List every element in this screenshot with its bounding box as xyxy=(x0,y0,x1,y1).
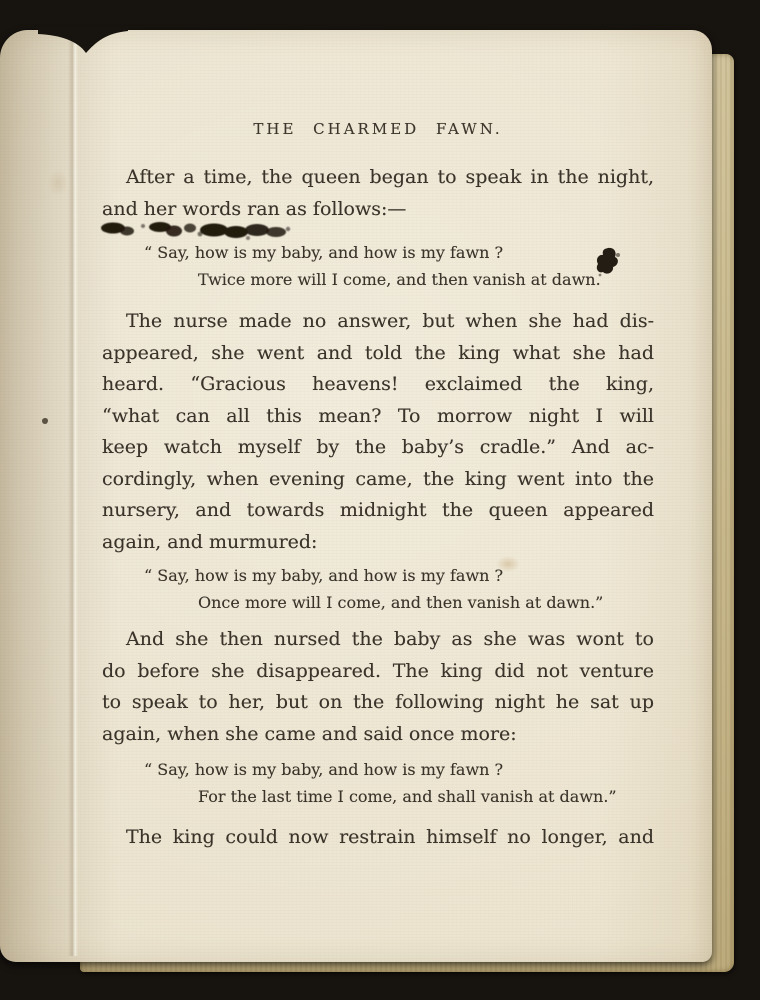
page-crease xyxy=(68,34,78,956)
text-line: The nurse made no answer, but when she h… xyxy=(102,306,654,338)
book-page: THE CHARMED FAWN. After a time, the quee… xyxy=(0,30,712,962)
verse-line: “ Say, how is my baby, and how is my faw… xyxy=(102,239,654,266)
verse-line: “ Say, how is my baby, and how is my faw… xyxy=(102,756,654,783)
text-line: do before she disappeared. The king did … xyxy=(102,656,654,688)
text-line: appeared, she went and told the king wha… xyxy=(102,338,654,370)
text-line: The king could now restrain himself no l… xyxy=(102,822,654,854)
text-line: After a time, the queen began to speak i… xyxy=(102,162,654,194)
paragraph: After a time, the queen began to speak i… xyxy=(102,162,654,225)
verse-stanza: “ Say, how is my baby, and how is my faw… xyxy=(102,239,654,293)
text-line: heard. “Gracious heavens! exclaimed the … xyxy=(102,369,654,401)
paragraph: The nurse made no answer, but when she h… xyxy=(102,306,654,558)
verse-line: Twice more will I come, and then vanish … xyxy=(102,266,654,293)
ink-blot xyxy=(594,246,622,278)
verse-line: For the last time I come, and shall vani… xyxy=(102,783,654,810)
text-line: keep watch myself by the baby’s cradle.”… xyxy=(102,432,654,464)
fox-stain xyxy=(48,170,68,196)
text-line: nursery, and towards midnight the queen … xyxy=(102,495,654,527)
text-line: And she then nursed the baby as she was … xyxy=(102,624,654,656)
verse-line: Once more will I come, and then vanish a… xyxy=(102,589,654,616)
paragraph: The king could now restrain himself no l… xyxy=(102,822,654,854)
text-line: again, when she came and said once more: xyxy=(102,719,654,751)
text-line: again, and murmured: xyxy=(102,527,654,559)
scan-background: THE CHARMED FAWN. After a time, the quee… xyxy=(0,0,760,1000)
paragraph: And she then nursed the baby as she was … xyxy=(102,624,654,750)
ink-smudge xyxy=(100,218,292,243)
ink-dot xyxy=(42,418,48,424)
running-title: THE CHARMED FAWN. xyxy=(102,120,654,138)
verse-line: “ Say, how is my baby, and how is my faw… xyxy=(102,562,654,589)
verse-stanza: “ Say, how is my baby, and how is my faw… xyxy=(102,562,654,616)
text-line: to speak to her, but on the following ni… xyxy=(102,687,654,719)
verse-stanza: “ Say, how is my baby, and how is my faw… xyxy=(102,756,654,810)
text-line: “what can all this mean? To morrow night… xyxy=(102,401,654,433)
text-line: cordingly, when evening came, the king w… xyxy=(102,464,654,496)
